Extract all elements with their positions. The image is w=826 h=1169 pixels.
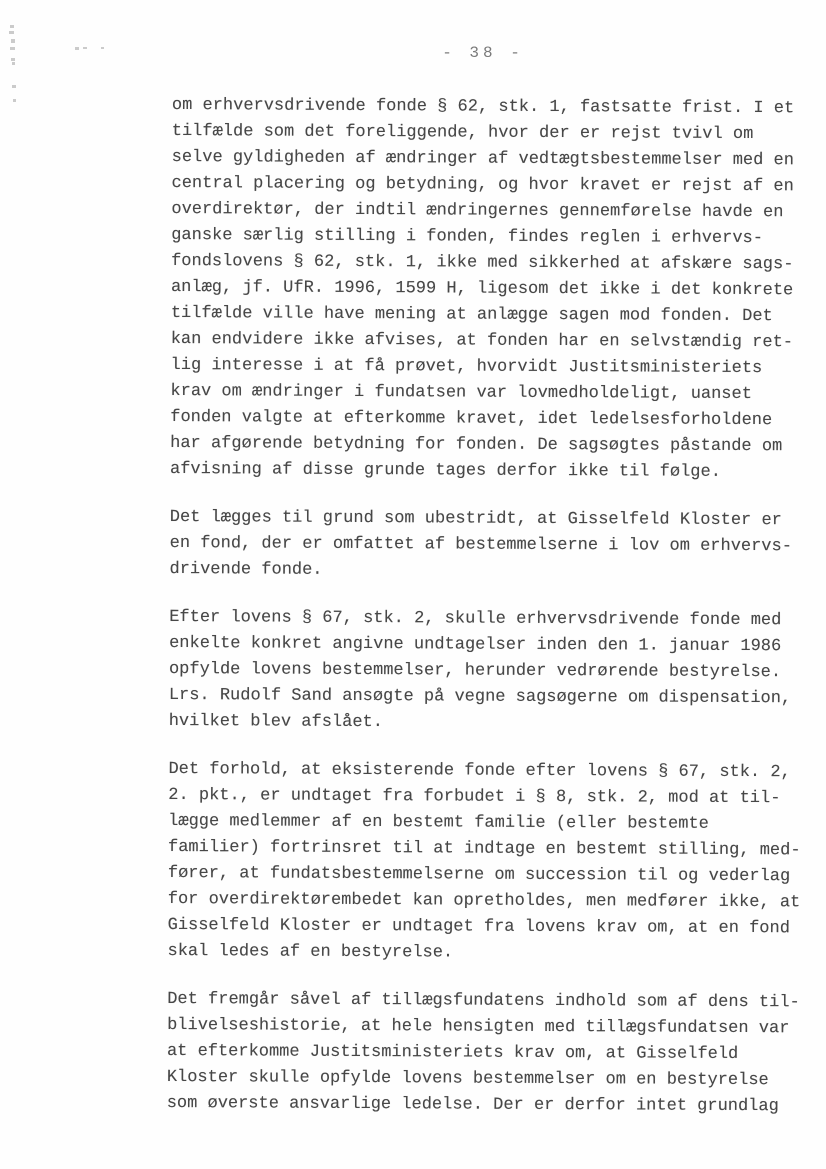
paragraph: Det lægges til grund som ubestridt, at G… [169, 505, 817, 586]
scan-artifact [10, 25, 14, 28]
scan-artifact [9, 31, 14, 34]
scan-artifact [12, 85, 16, 88]
paragraph: Det fremgår såvel af tillægsfundatens in… [167, 987, 816, 1120]
paragraph: Efter lovens § 67, stk. 2, skulle erhver… [169, 605, 818, 738]
document-body: om erhvervsdrivende fonde § 62, stk. 1, … [167, 93, 820, 1142]
paragraph: Det forhold, at eksisterende fonde efter… [167, 757, 816, 968]
scanned-page: - 38 - om erhvervsdrivende fonde § 62, s… [0, 0, 826, 1169]
scan-artifact [13, 99, 16, 102]
scan-artifact [11, 39, 15, 43]
paragraph: om erhvervsdrivende fonde § 62, stk. 1, … [170, 93, 820, 486]
page-number: - 38 - [0, 44, 826, 62]
scan-artifact [12, 62, 15, 65]
